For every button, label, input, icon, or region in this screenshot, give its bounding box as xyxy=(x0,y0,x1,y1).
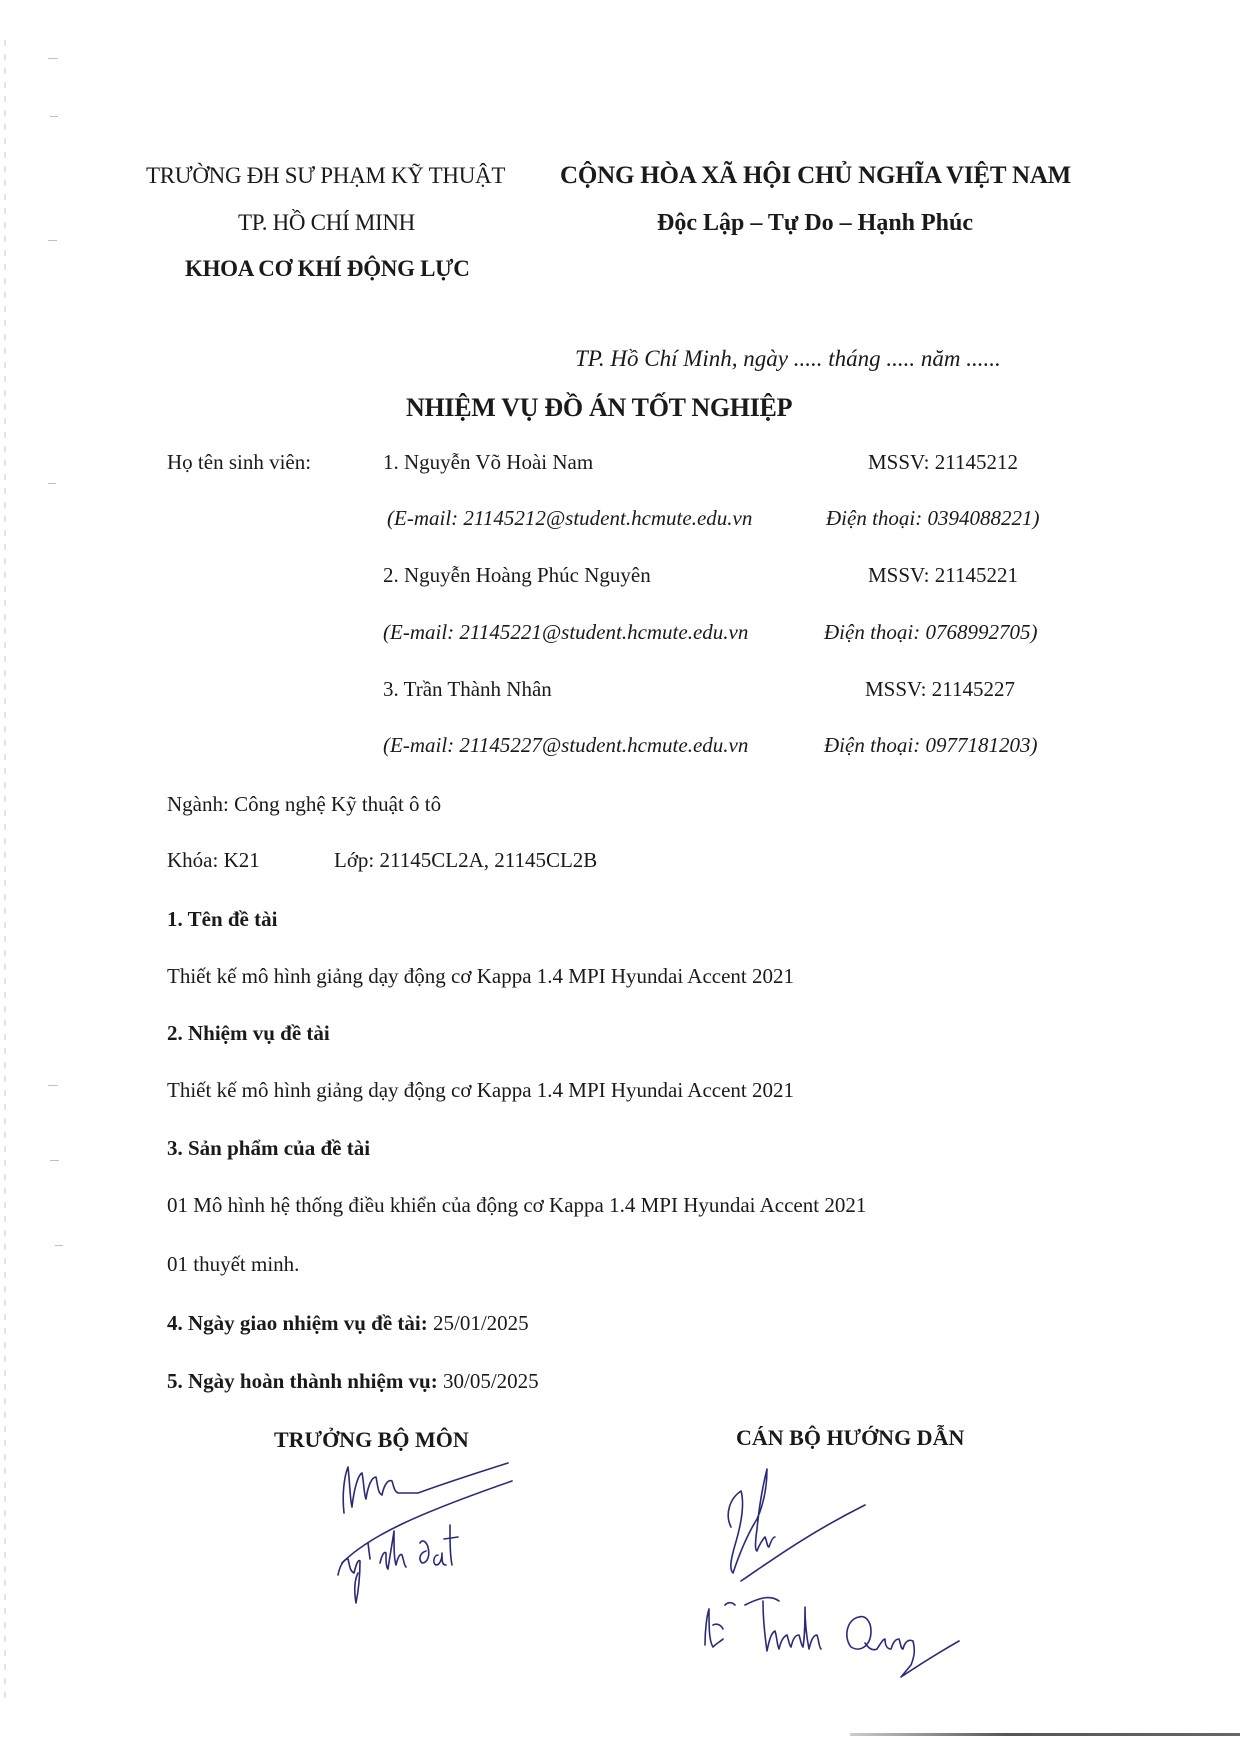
student-email: (E-mail: 21145212@student.hcmute.edu.vn xyxy=(387,506,752,531)
section-3-item: 01 Mô hình hệ thống điều khiển của động … xyxy=(167,1193,866,1218)
section-5: 5. Ngày hoàn thành nhiệm vụ: 30/05/2025 xyxy=(167,1369,539,1394)
section-2-heading: 2. Nhiệm vụ đề tài xyxy=(167,1021,330,1046)
assign-date: 25/01/2025 xyxy=(433,1311,529,1335)
student-name: 2. Nguyễn Hoàng Phúc Nguyên xyxy=(383,563,651,588)
scan-mark xyxy=(48,483,56,484)
supervisor-title: CÁN BỘ HƯỚNG DẪN xyxy=(736,1425,964,1451)
section-4: 4. Ngày giao nhiệm vụ đề tài: 25/01/2025 xyxy=(167,1311,529,1336)
student-id: MSSV: 21145221 xyxy=(868,563,1018,588)
department-head-title: TRƯỞNG BỘ MÔN xyxy=(274,1427,469,1453)
cohort: Khóa: K21 xyxy=(167,848,260,873)
student-id: MSSV: 21145227 xyxy=(865,677,1015,702)
student-name: 3. Trần Thành Nhân xyxy=(383,677,552,702)
task-assignment-document: TRƯỜNG ĐH SƯ PHẠM KỸ THUẬT TP. HỒ CHÍ MI… xyxy=(0,0,1240,1753)
section-1-body: Thiết kế mô hình giảng dạy động cơ Kappa… xyxy=(167,964,794,989)
section-3-item: 01 thuyết minh. xyxy=(167,1252,299,1277)
scan-left-edge xyxy=(4,40,6,1700)
section-1-heading: 1. Tên đề tài xyxy=(167,907,277,932)
scan-mark xyxy=(48,58,58,59)
student-phone: Điện thoại: 0977181203) xyxy=(824,733,1037,758)
department-head-signature xyxy=(330,1455,530,1605)
section-3-heading: 3. Sản phẩm của đề tài xyxy=(167,1136,370,1161)
university-city: TP. HỒ CHÍ MINH xyxy=(238,210,415,236)
student-phone: Điện thoại: 0394088221) xyxy=(826,506,1039,531)
completion-date: 30/05/2025 xyxy=(443,1369,539,1393)
faculty-name: KHOA CƠ KHÍ ĐỘNG LỰC xyxy=(185,256,470,282)
scan-bottom-edge xyxy=(850,1733,1240,1736)
scan-mark xyxy=(55,1245,63,1246)
scan-mark xyxy=(50,1160,59,1161)
document-title: NHIỆM VỤ ĐỒ ÁN TỐT NGHIỆP xyxy=(406,393,792,423)
student-phone: Điện thoại: 0768992705) xyxy=(824,620,1037,645)
national-motto: Độc Lập – Tự Do – Hạnh Phúc xyxy=(657,210,973,237)
scan-mark xyxy=(50,116,58,117)
university-name: TRƯỜNG ĐH SƯ PHẠM KỸ THUẬT xyxy=(146,163,505,189)
class-list: Lớp: 21145CL2A, 21145CL2B xyxy=(334,848,597,873)
section-4-heading: 4. Ngày giao nhiệm vụ đề tài: xyxy=(167,1311,428,1335)
section-2-body: Thiết kế mô hình giảng dạy động cơ Kappa… xyxy=(167,1078,794,1103)
students-label: Họ tên sinh viên: xyxy=(167,450,311,475)
major: Ngành: Công nghệ Kỹ thuật ô tô xyxy=(167,792,441,817)
student-name: 1. Nguyễn Võ Hoài Nam xyxy=(383,450,593,475)
student-email: (E-mail: 21145221@student.hcmute.edu.vn xyxy=(383,620,748,645)
scan-mark xyxy=(48,1085,58,1086)
student-email: (E-mail: 21145227@student.hcmute.edu.vn xyxy=(383,733,748,758)
scan-mark xyxy=(48,240,57,241)
national-title: CỘNG HÒA XÃ HỘI CHỦ NGHĨA VIỆT NAM xyxy=(560,162,1071,190)
section-5-heading: 5. Ngày hoàn thành nhiệm vụ: xyxy=(167,1369,438,1393)
supervisor-signature xyxy=(705,1455,965,1685)
date-line: TP. Hồ Chí Minh, ngày ..... tháng ..... … xyxy=(575,346,1001,372)
student-id: MSSV: 21145212 xyxy=(868,450,1018,475)
